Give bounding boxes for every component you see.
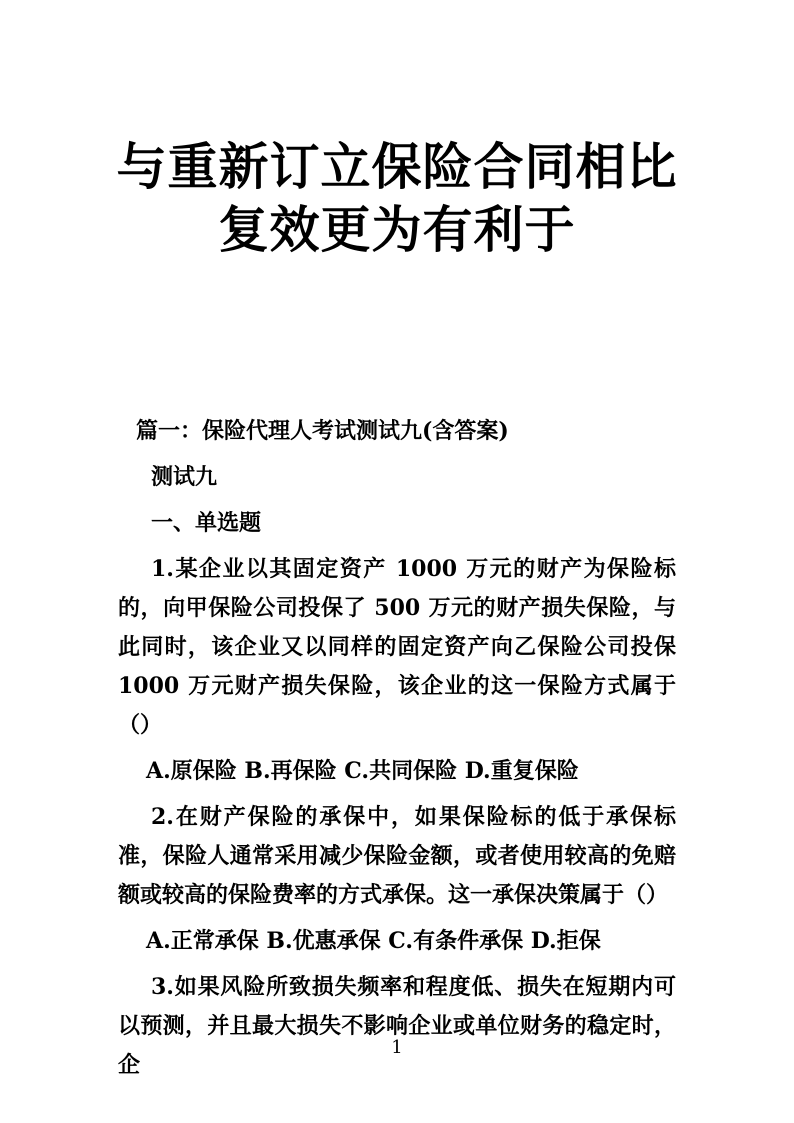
paragraph-question-2-options: A.正常承保 B.优惠承保 C.有条件承保 D.拒保 — [118, 922, 676, 961]
document-title-line-1: 与重新订立保险合同相比 — [0, 135, 794, 198]
paragraph-question-1: 1.某企业以其固定资产 1000 万元的财产为保险标的，向甲保险公司投保了 50… — [118, 550, 676, 745]
paragraph-section-heading: 篇一：保险代理人考试测试九(含答案) — [118, 412, 676, 451]
paragraph-test-title: 测试九 — [118, 458, 676, 497]
paragraph-question-2: 2.在财产保险的承保中，如果保险标的低于承保标准，保险人通常采用减少保险金额，或… — [118, 798, 676, 915]
document-body: 篇一：保险代理人考试测试九(含答案) 测试九 一、单选题 1.某企业以其固定资产… — [118, 412, 676, 1092]
page-footer: 1 — [0, 1038, 794, 1058]
paragraph-question-3-partial: 3.如果风险所致损失频率和程度低、损失在短期内可以预测，并且最大损失不影响企业或… — [118, 968, 676, 1085]
document-title-line-2: 复效更为有利于 — [0, 198, 794, 261]
paragraph-section-single-choice: 一、单选题 — [118, 504, 676, 543]
paragraph-question-1-options: A.原保险 B.再保险 C.共同保险 D.重复保险 — [118, 752, 676, 791]
page-number: 1 — [391, 1037, 402, 1058]
document-title: 与重新订立保险合同相比 复效更为有利于 — [0, 135, 794, 261]
document-page: 与重新订立保险合同相比 复效更为有利于 篇一：保险代理人考试测试九(含答案) 测… — [0, 0, 794, 1123]
